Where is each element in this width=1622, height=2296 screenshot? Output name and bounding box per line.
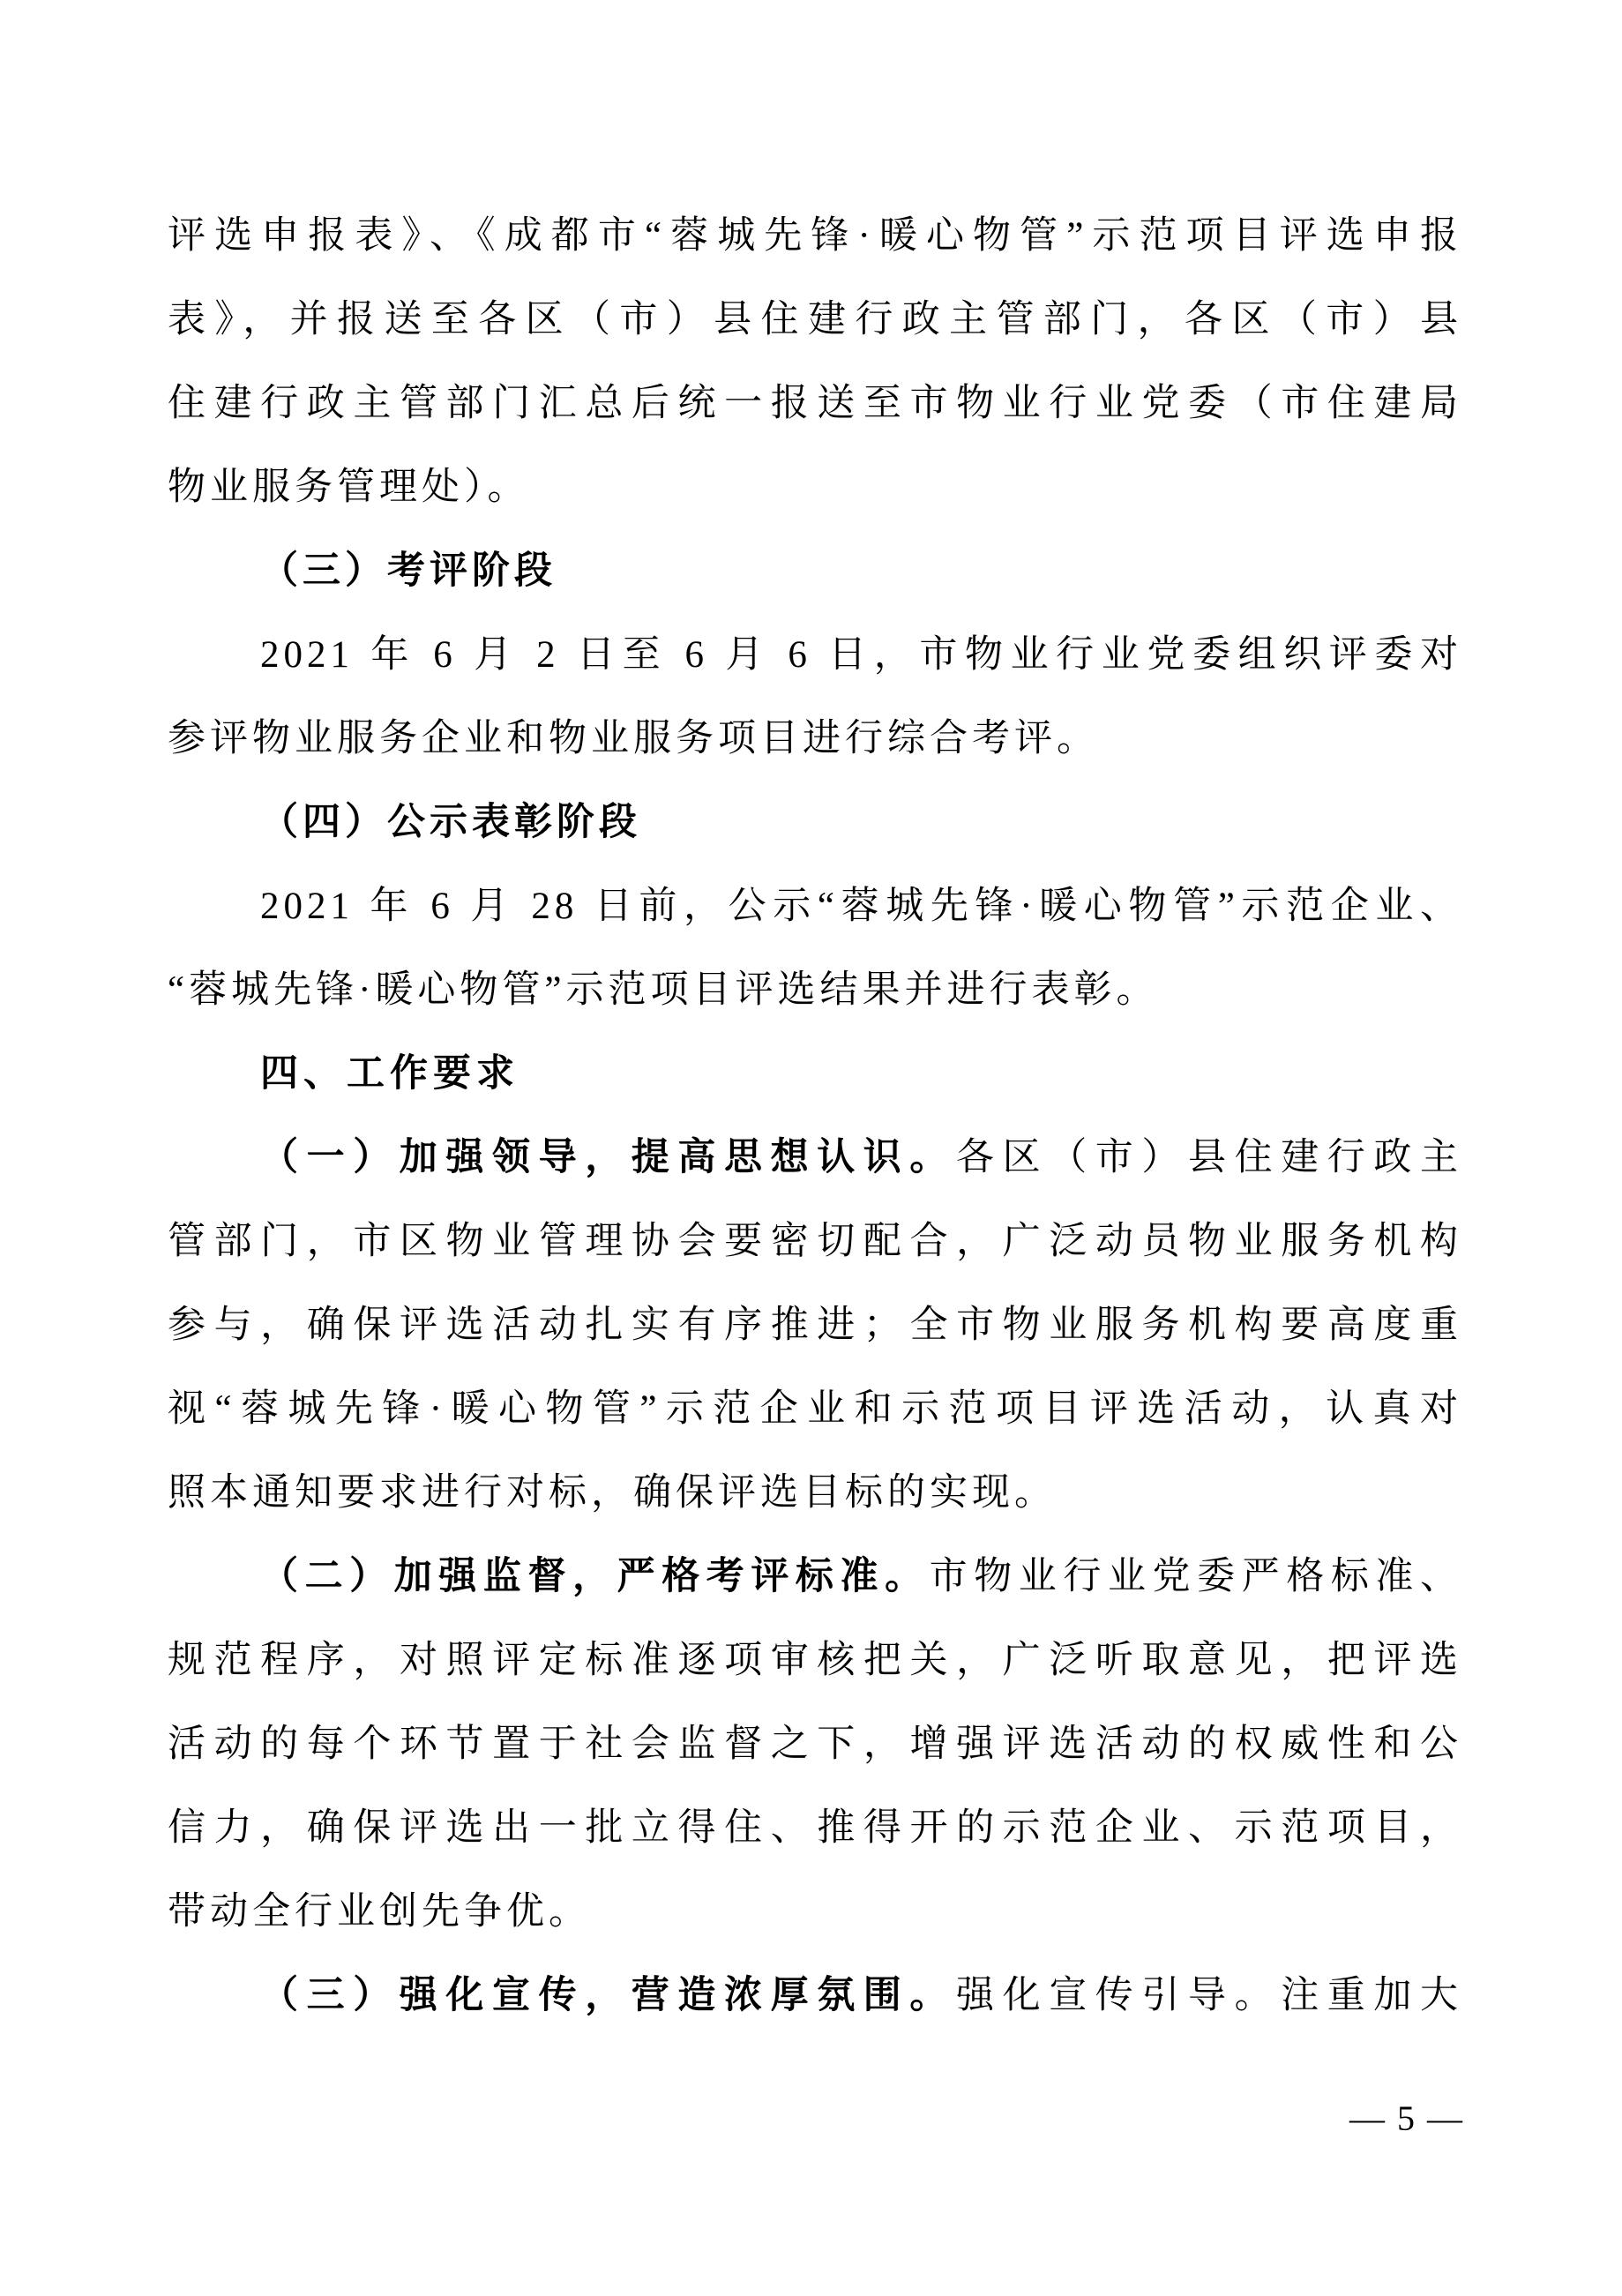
document-page: 评选申报表》、《成都市“蓉城先锋·暖心物管”示范项目评选申报 表》，并报送至各区… <box>0 0 1622 2296</box>
text-run: 评选申报表》、《成都市“蓉城先锋·暖心物管”示范项目评选申报 <box>168 215 1462 257</box>
text-run: 信力，确保评选出一批立得住、推得开的示范企业、示范项目， <box>168 1807 1462 1849</box>
body-line-departments-cooperate: 管部门，市区物业管理协会要密切配合，广泛动员物业服务机构 <box>168 1200 1462 1283</box>
text-run: 规范程序，对照评定标准逐项审核把关，广泛听取意见，把评选 <box>168 1640 1462 1681</box>
body-line-ensure-orderly-progress: 参与，确保评选活动扎实有序推进；全市物业服务机构要高度重 <box>168 1283 1462 1367</box>
lead-in-strengthen-supervision: （二）加强监督，严格考评标准。 <box>260 1556 930 1597</box>
body-line-drive-industry-excellence: 带动全行业创先争优。 <box>168 1870 1462 1954</box>
body-line-strengthen-supervision: （二）加强监督，严格考评标准。市物业行业党委严格标准、 <box>168 1535 1462 1619</box>
body-line-value-selection-activity: 视“蓉城先锋·暖心物管”示范企业和示范项目评选活动，认真对 <box>168 1367 1462 1451</box>
section-heading-text: 四、工作要求 <box>260 1052 519 1095</box>
lead-in-strengthen-publicity: （三）强化宣传，营造浓厚氛围。 <box>260 1975 956 2016</box>
text-run: 带动全行业创先争优。 <box>168 1891 591 1933</box>
lead-in-strengthen-leadership: （一）加强领导，提高思想认识。 <box>260 1137 956 1178</box>
subheading-text: （三）考评阶段 <box>260 550 557 592</box>
page-number: — 5 — <box>1349 2092 1464 2145</box>
body-line-submit-to-districts: 表》，并报送至各区（市）县住建行政主管部门，各区（市）县 <box>168 278 1462 362</box>
text-run: 活动的每个环节置于社会监督之下，增强评选活动的权威性和公 <box>168 1724 1462 1765</box>
body-line-property-service-division: 物业服务管理处）。 <box>168 445 1462 529</box>
text-run: 参评物业服务企业和物业服务项目进行综合考评。 <box>168 718 1099 759</box>
body-line-standardize-procedures: 规范程序，对照评定标准逐项审核把关，广泛听取意见，把评选 <box>168 1619 1462 1702</box>
body-line-application-forms: 评选申报表》、《成都市“蓉城先锋·暖心物管”示范项目评选申报 <box>168 194 1462 278</box>
body-line-strengthen-publicity: （三）强化宣传，营造浓厚氛围。强化宣传引导。注重加大 <box>168 1954 1462 2038</box>
text-run: 照本通知要求进行对标，确保评选目标的实现。 <box>168 1472 1057 1514</box>
text-run: 住建行政主管部门汇总后统一报送至市物业行业党委（市住建局 <box>168 383 1462 424</box>
body-line-ensure-goal-realized: 照本通知要求进行对标，确保评选目标的实现。 <box>168 1451 1462 1535</box>
text-run: 表》，并报送至各区（市）县住建行政主管部门，各区（市）县 <box>168 299 1462 340</box>
body-line-publicity-results: “蓉城先锋·暖心物管”示范项目评选结果并进行表彰。 <box>168 948 1462 1032</box>
text-run: 视“蓉城先锋·暖心物管”示范企业和示范项目评选活动，认真对 <box>168 1388 1462 1430</box>
body-line-publicity-date: 2021 年 6 月 28 日前，公示“蓉城先锋·暖心物管”示范企业、 <box>168 864 1462 948</box>
body-line-social-supervision: 活动的每个环节置于社会监督之下，增强评选活动的权威性和公 <box>168 1702 1462 1786</box>
body-line-credibility: 信力，确保评选出一批立得住、推得开的示范企业、示范项目， <box>168 1786 1462 1870</box>
text-run: 各区（市）县住建行政主 <box>956 1137 1462 1178</box>
subheading-evaluation-stage: （三）考评阶段 <box>168 529 1462 613</box>
text-run: 物业服务管理处）。 <box>168 467 530 508</box>
text-run: 2021 年 6 月 2 日至 6 月 6 日，市物业行业党委组织评委对 <box>260 634 1462 676</box>
text-column: 评选申报表》、《成都市“蓉城先锋·暖心物管”示范项目评选申报 表》，并报送至各区… <box>168 194 1462 2038</box>
text-run: 2021 年 6 月 28 日前，公示“蓉城先锋·暖心物管”示范企业、 <box>260 886 1462 927</box>
body-line-evaluation-dates: 2021 年 6 月 2 日至 6 月 6 日，市物业行业党委组织评委对 <box>168 613 1462 697</box>
subheading-publicity-commendation-stage: （四）公示表彰阶段 <box>168 781 1462 864</box>
text-run: 管部门，市区物业管理协会要密切配合，广泛动员物业服务机构 <box>168 1221 1462 1262</box>
text-run: 参与，确保评选活动扎实有序推进；全市物业服务机构要高度重 <box>168 1305 1462 1346</box>
text-run: “蓉城先锋·暖心物管”示范项目评选结果并进行表彰。 <box>168 969 1159 1011</box>
body-line-forward-to-party-committee: 住建行政主管部门汇总后统一报送至市物业行业党委（市住建局 <box>168 362 1462 445</box>
text-run: 强化宣传引导。注重加大 <box>956 1975 1462 2016</box>
body-line-comprehensive-evaluation: 参评物业服务企业和物业服务项目进行综合考评。 <box>168 697 1462 781</box>
section-heading-work-requirements: 四、工作要求 <box>168 1032 1462 1116</box>
body-line-strengthen-leadership: （一）加强领导，提高思想认识。各区（市）县住建行政主 <box>168 1116 1462 1200</box>
text-run: 市物业行业党委严格标准、 <box>930 1556 1462 1597</box>
subheading-text: （四）公示表彰阶段 <box>260 802 641 843</box>
